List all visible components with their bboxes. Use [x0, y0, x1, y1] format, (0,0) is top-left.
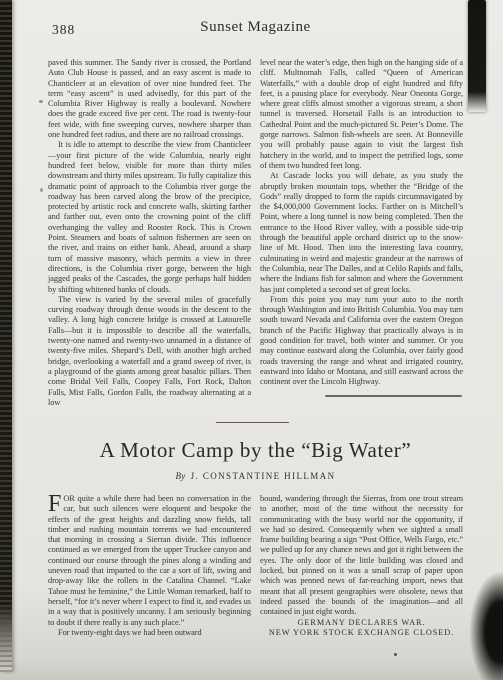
article1-left-column: paved this summer. The Sandy river is cr…: [48, 58, 251, 408]
article-motor-camp: A Motor Camp by the “Big Water” By J. CO…: [48, 438, 463, 638]
page-number: 388: [52, 22, 75, 38]
byline: By J. CONSTANTINE HILLMAN: [48, 471, 463, 481]
article-columbia-highway: paved this summer. The Sandy river is cr…: [48, 58, 463, 408]
announcement-line: NEW YORK STOCK EXCHANGE CLOSED.: [260, 628, 463, 638]
paragraph: At Cascade locks you will debate, as you…: [260, 171, 463, 295]
opening-paragraph: FOR quite a while there had been no conv…: [48, 494, 251, 628]
scan-speck: [39, 100, 43, 103]
paragraph: For twenty-eight days we had been outwar…: [48, 628, 251, 638]
article1-right-column: level near the water’s edge, then high o…: [260, 58, 463, 408]
paragraph-text: OR quite a while there had been no conve…: [48, 494, 251, 627]
running-head: 388 Sunset Magazine: [48, 19, 463, 41]
paragraph: The view is varied by the several miles …: [48, 295, 251, 408]
paragraph: level near the water’s edge, then high o…: [260, 58, 463, 171]
paragraph: It is idle to attempt to describe the vi…: [48, 140, 251, 294]
paragraph: bound, wandering through the Sierras, fr…: [260, 494, 463, 618]
paragraph: paved this summer. The Sandy river is cr…: [48, 58, 251, 140]
scan-speck: [40, 188, 43, 192]
left-binding-shadow: [0, 0, 12, 672]
magazine-page-scan: 388 Sunset Magazine paved this summer. T…: [0, 0, 503, 680]
article2-right-column: bound, wandering through the Sierras, fr…: [260, 494, 463, 638]
paragraph: From this point you may turn your auto t…: [260, 295, 463, 388]
announcement-line: GERMANY DECLARES WAR.: [260, 618, 463, 628]
scan-speck: [394, 653, 397, 656]
magazine-title: Sunset Magazine: [48, 19, 463, 36]
article2-left-column: FOR quite a while there had been no conv…: [48, 494, 251, 638]
section-divider-rule: [216, 422, 289, 423]
byline-author: J. CONSTANTINE HILLMAN: [191, 471, 336, 481]
byline-prefix: By: [176, 471, 186, 481]
article-title: A Motor Camp by the “Big Water”: [48, 438, 463, 463]
dropcap-letter: F: [48, 494, 63, 514]
top-right-scan-artifact: [468, 0, 486, 112]
